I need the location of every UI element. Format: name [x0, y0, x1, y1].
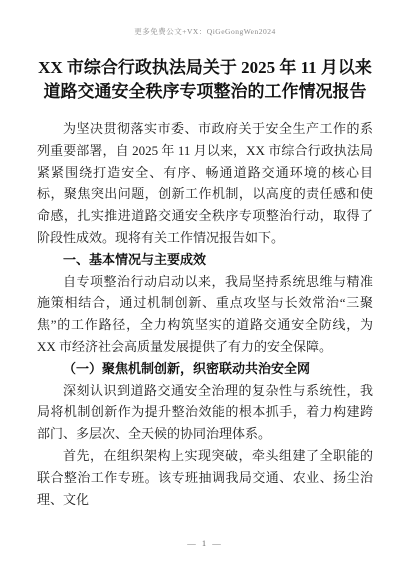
- paragraph-taskforce: 首先，在组织架构上实现突破，牵头组建了全职能的联合整治工作专班。该专班抽调我局交…: [37, 445, 373, 510]
- page-number: — 1 —: [0, 538, 410, 548]
- paragraph-section-overview: 自专项整治行动启动以来，我局坚持系统思维与精准施策相结合，通过机制创新、重点攻坚…: [37, 271, 373, 358]
- paragraph-intro: 为坚决贯彻落实市委、市政府关于安全生产工作的系列重要部署，自 2025 年 11…: [37, 118, 373, 249]
- document-body: 为坚决贯彻落实市委、市政府关于安全生产工作的系列重要部署，自 2025 年 11…: [37, 118, 373, 510]
- watermark-text: 更多免费公文+VX：QiGeGongWen2024: [0, 26, 410, 37]
- subsection-heading-1: （一）聚焦机制创新，织密联动共治安全网: [37, 358, 373, 380]
- section-heading-1: 一、基本情况与主要成效: [37, 249, 373, 271]
- document-page: 更多免费公文+VX：QiGeGongWen2024 XX 市综合行政执法局关于 …: [0, 0, 410, 580]
- document-title: XX 市综合行政执法局关于 2025 年 11 月以来道路交通安全秩序专项整治的…: [0, 0, 410, 103]
- paragraph-mechanism: 深刻认识到道路交通安全治理的复杂性与系统性，我局将机制创新作为提升整治效能的根本…: [37, 380, 373, 445]
